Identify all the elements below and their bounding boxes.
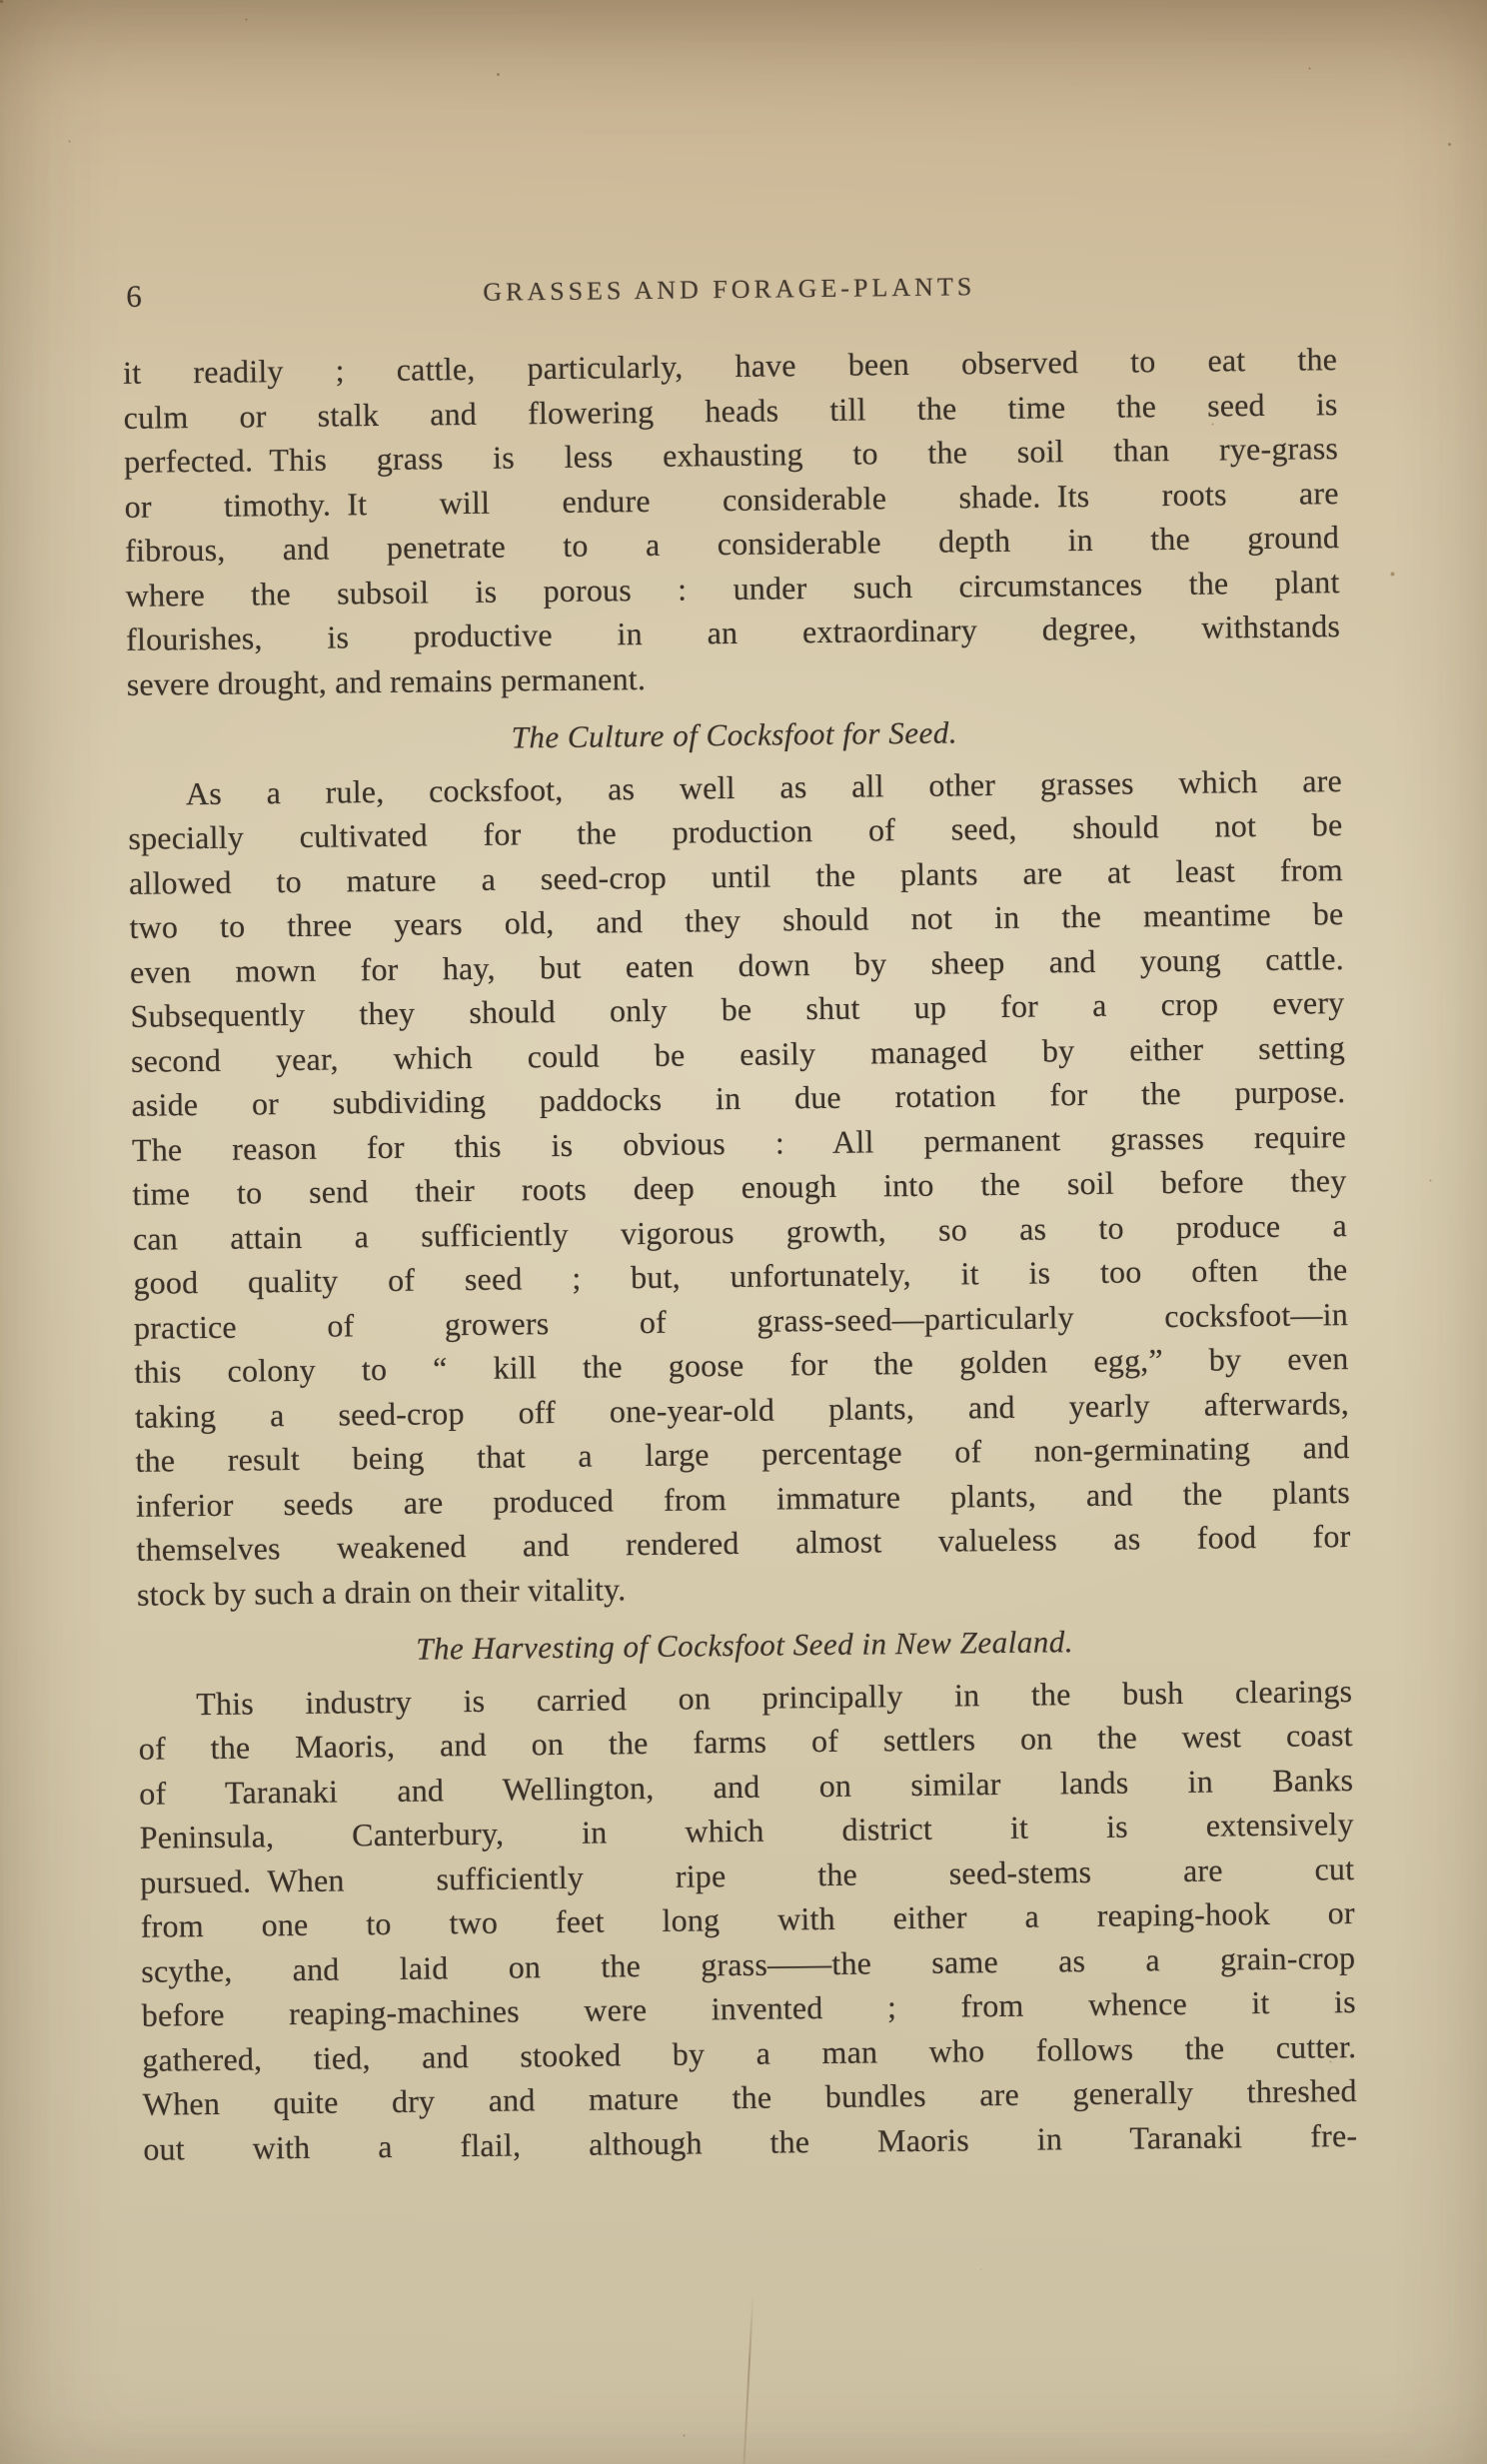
page-content: 6 GRASSES AND FORAGE-PLANTS it readily ;…	[122, 261, 1357, 2171]
page-number: 6	[126, 275, 143, 319]
book-page: 6 GRASSES AND FORAGE-PLANTS it readily ;…	[0, 0, 1487, 2464]
paper-speckles	[0, 0, 3, 3]
section-heading-culture: The Culture of Cocksfoot for Seed.	[127, 706, 1341, 764]
paragraph-harvesting: This industry is carried on principally …	[138, 1669, 1357, 2171]
paper-crease	[743, 2294, 754, 2464]
section-heading-harvesting: The Harvesting of Cocksfoot Seed in New …	[137, 1617, 1351, 1675]
paragraph-continuation: it readily ; cattle, particularly, have …	[123, 337, 1341, 706]
running-title: GRASSES AND FORAGE-PLANTS	[122, 261, 1336, 319]
paragraph-culture: As a rule, cocksfoot, as well as all oth…	[128, 758, 1352, 1617]
running-header: 6 GRASSES AND FORAGE-PLANTS	[122, 261, 1336, 319]
